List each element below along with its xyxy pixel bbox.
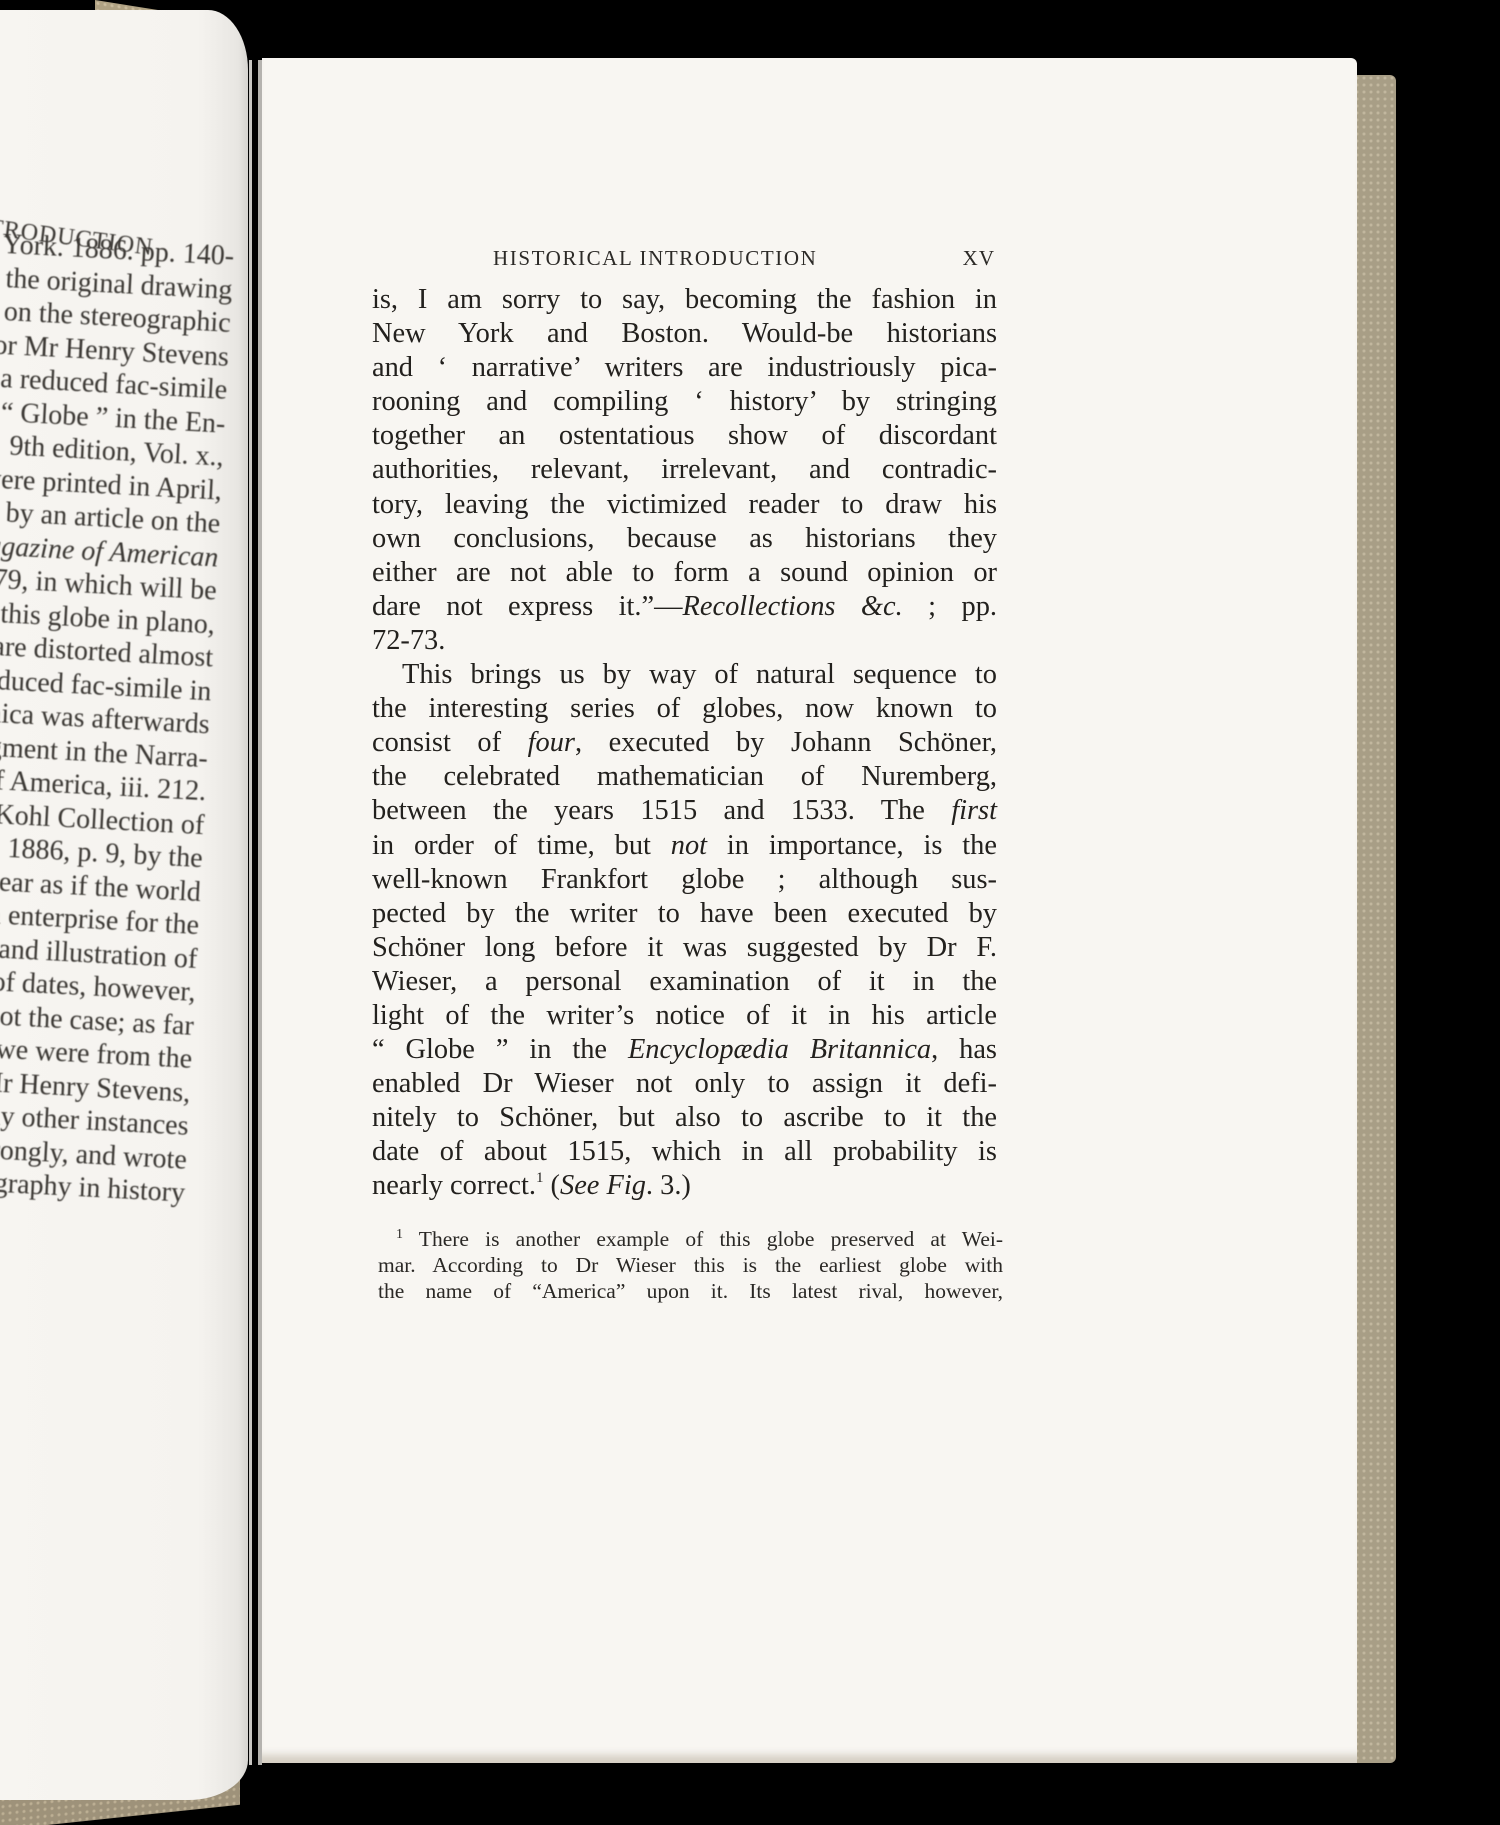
text-line: 72-73. <box>372 624 997 658</box>
italic-citation: Recollections &c. <box>683 591 903 622</box>
left-page-text: York. 1886. pp. 140- t the original draw… <box>0 222 235 1210</box>
text-line: Wieser, a personal examination of it in … <box>372 965 997 999</box>
text-line: New York and Boston. Would-be historians <box>372 317 997 351</box>
text-line: dare not express it.”—Recollections &c. … <box>372 590 997 624</box>
text-line: and ‘ narrative’ writers are industrious… <box>372 351 997 385</box>
text-span: between the years 1515 and 1533. The <box>372 795 951 826</box>
text-line: “ Globe ” in the Encyclopædia Britannica… <box>372 1033 997 1067</box>
text-span: , executed by Johann Schöner, <box>575 727 997 758</box>
italic-title: Encyclopædia Britannica <box>628 1034 931 1065</box>
text-line: either are not able to form a sound opin… <box>372 556 997 590</box>
text-line: between the years 1515 and 1533. The fir… <box>372 794 997 828</box>
text-line: light of the writer’s notice of it in hi… <box>372 999 997 1033</box>
text-line: the interesting series of globes, now kn… <box>372 692 997 726</box>
left-page: TRODUCTION York. 1886. pp. 140- t the or… <box>0 10 248 1800</box>
text-span: ; pp. <box>903 591 997 622</box>
text-span: nearly correct. <box>372 1170 536 1201</box>
text-span: ( <box>543 1170 560 1201</box>
footnote-line: mar. According to Dr Wieser this is the … <box>378 1252 1003 1278</box>
text-span: dare not express it.”— <box>372 591 683 622</box>
text-line: nitely to Schöner, but also to ascribe t… <box>372 1101 997 1135</box>
text-line: authorities, relevant, irrelevant, and c… <box>372 453 997 487</box>
text-span: in order of time, but <box>372 830 671 861</box>
footnote-line: the name of “America” upon it. Its lates… <box>378 1278 1003 1304</box>
page-number: XV <box>963 246 995 271</box>
text-line: tory, leaving the victimized reader to d… <box>372 488 997 522</box>
italic-emphasis: first <box>951 795 997 826</box>
italic-emphasis: not <box>671 830 707 861</box>
text-line: pected by the writer to have been execut… <box>372 897 997 931</box>
gutter-edge <box>249 60 252 1765</box>
footnote-number: 1 <box>396 1227 403 1242</box>
text-line: the celebrated mathematician of Nurember… <box>372 760 997 794</box>
text-line: own conclusions, because as historians t… <box>372 522 997 556</box>
text-line: nearly correct.1 (See Fig. 3.) <box>372 1169 997 1203</box>
text-line: in order of time, but not in importance,… <box>372 829 997 863</box>
running-head: HISTORICAL INTRODUCTION XV <box>493 246 995 276</box>
text-line: well-known Frankfort globe ; although su… <box>372 863 997 897</box>
running-head-title: HISTORICAL INTRODUCTION <box>493 246 817 271</box>
text-span: in importance, is the <box>707 830 997 861</box>
paragraph-first-line: This brings us by way of natural sequenc… <box>372 658 997 692</box>
text-span: consist of <box>372 727 528 758</box>
text-line: Schöner long before it was suggested by … <box>372 931 997 965</box>
italic-emphasis: four <box>528 727 575 758</box>
text-span: , has <box>931 1034 997 1065</box>
text-span: There is another example of this globe p… <box>403 1227 1003 1251</box>
text-span: “ Globe ” in the <box>372 1034 628 1065</box>
text-line: consist of four, executed by Johann Schö… <box>372 726 997 760</box>
italic-figure-ref: See Fig <box>560 1170 646 1201</box>
text-line: together an ostentatious show of discord… <box>372 419 997 453</box>
text-line: enabled Dr Wieser not only to assign it … <box>372 1067 997 1101</box>
footnote-line: 1 There is another example of this globe… <box>378 1226 1003 1252</box>
text-span: . 3.) <box>646 1170 691 1201</box>
footnote: 1 There is another example of this globe… <box>378 1226 1003 1305</box>
text-line: is, I am sorry to say, becoming the fash… <box>372 283 997 317</box>
text-line: rooning and compiling ‘ history’ by stri… <box>372 385 997 419</box>
body-text: is, I am sorry to say, becoming the fash… <box>372 283 997 1204</box>
text-line: date of about 1515, which in all probabi… <box>372 1135 997 1169</box>
